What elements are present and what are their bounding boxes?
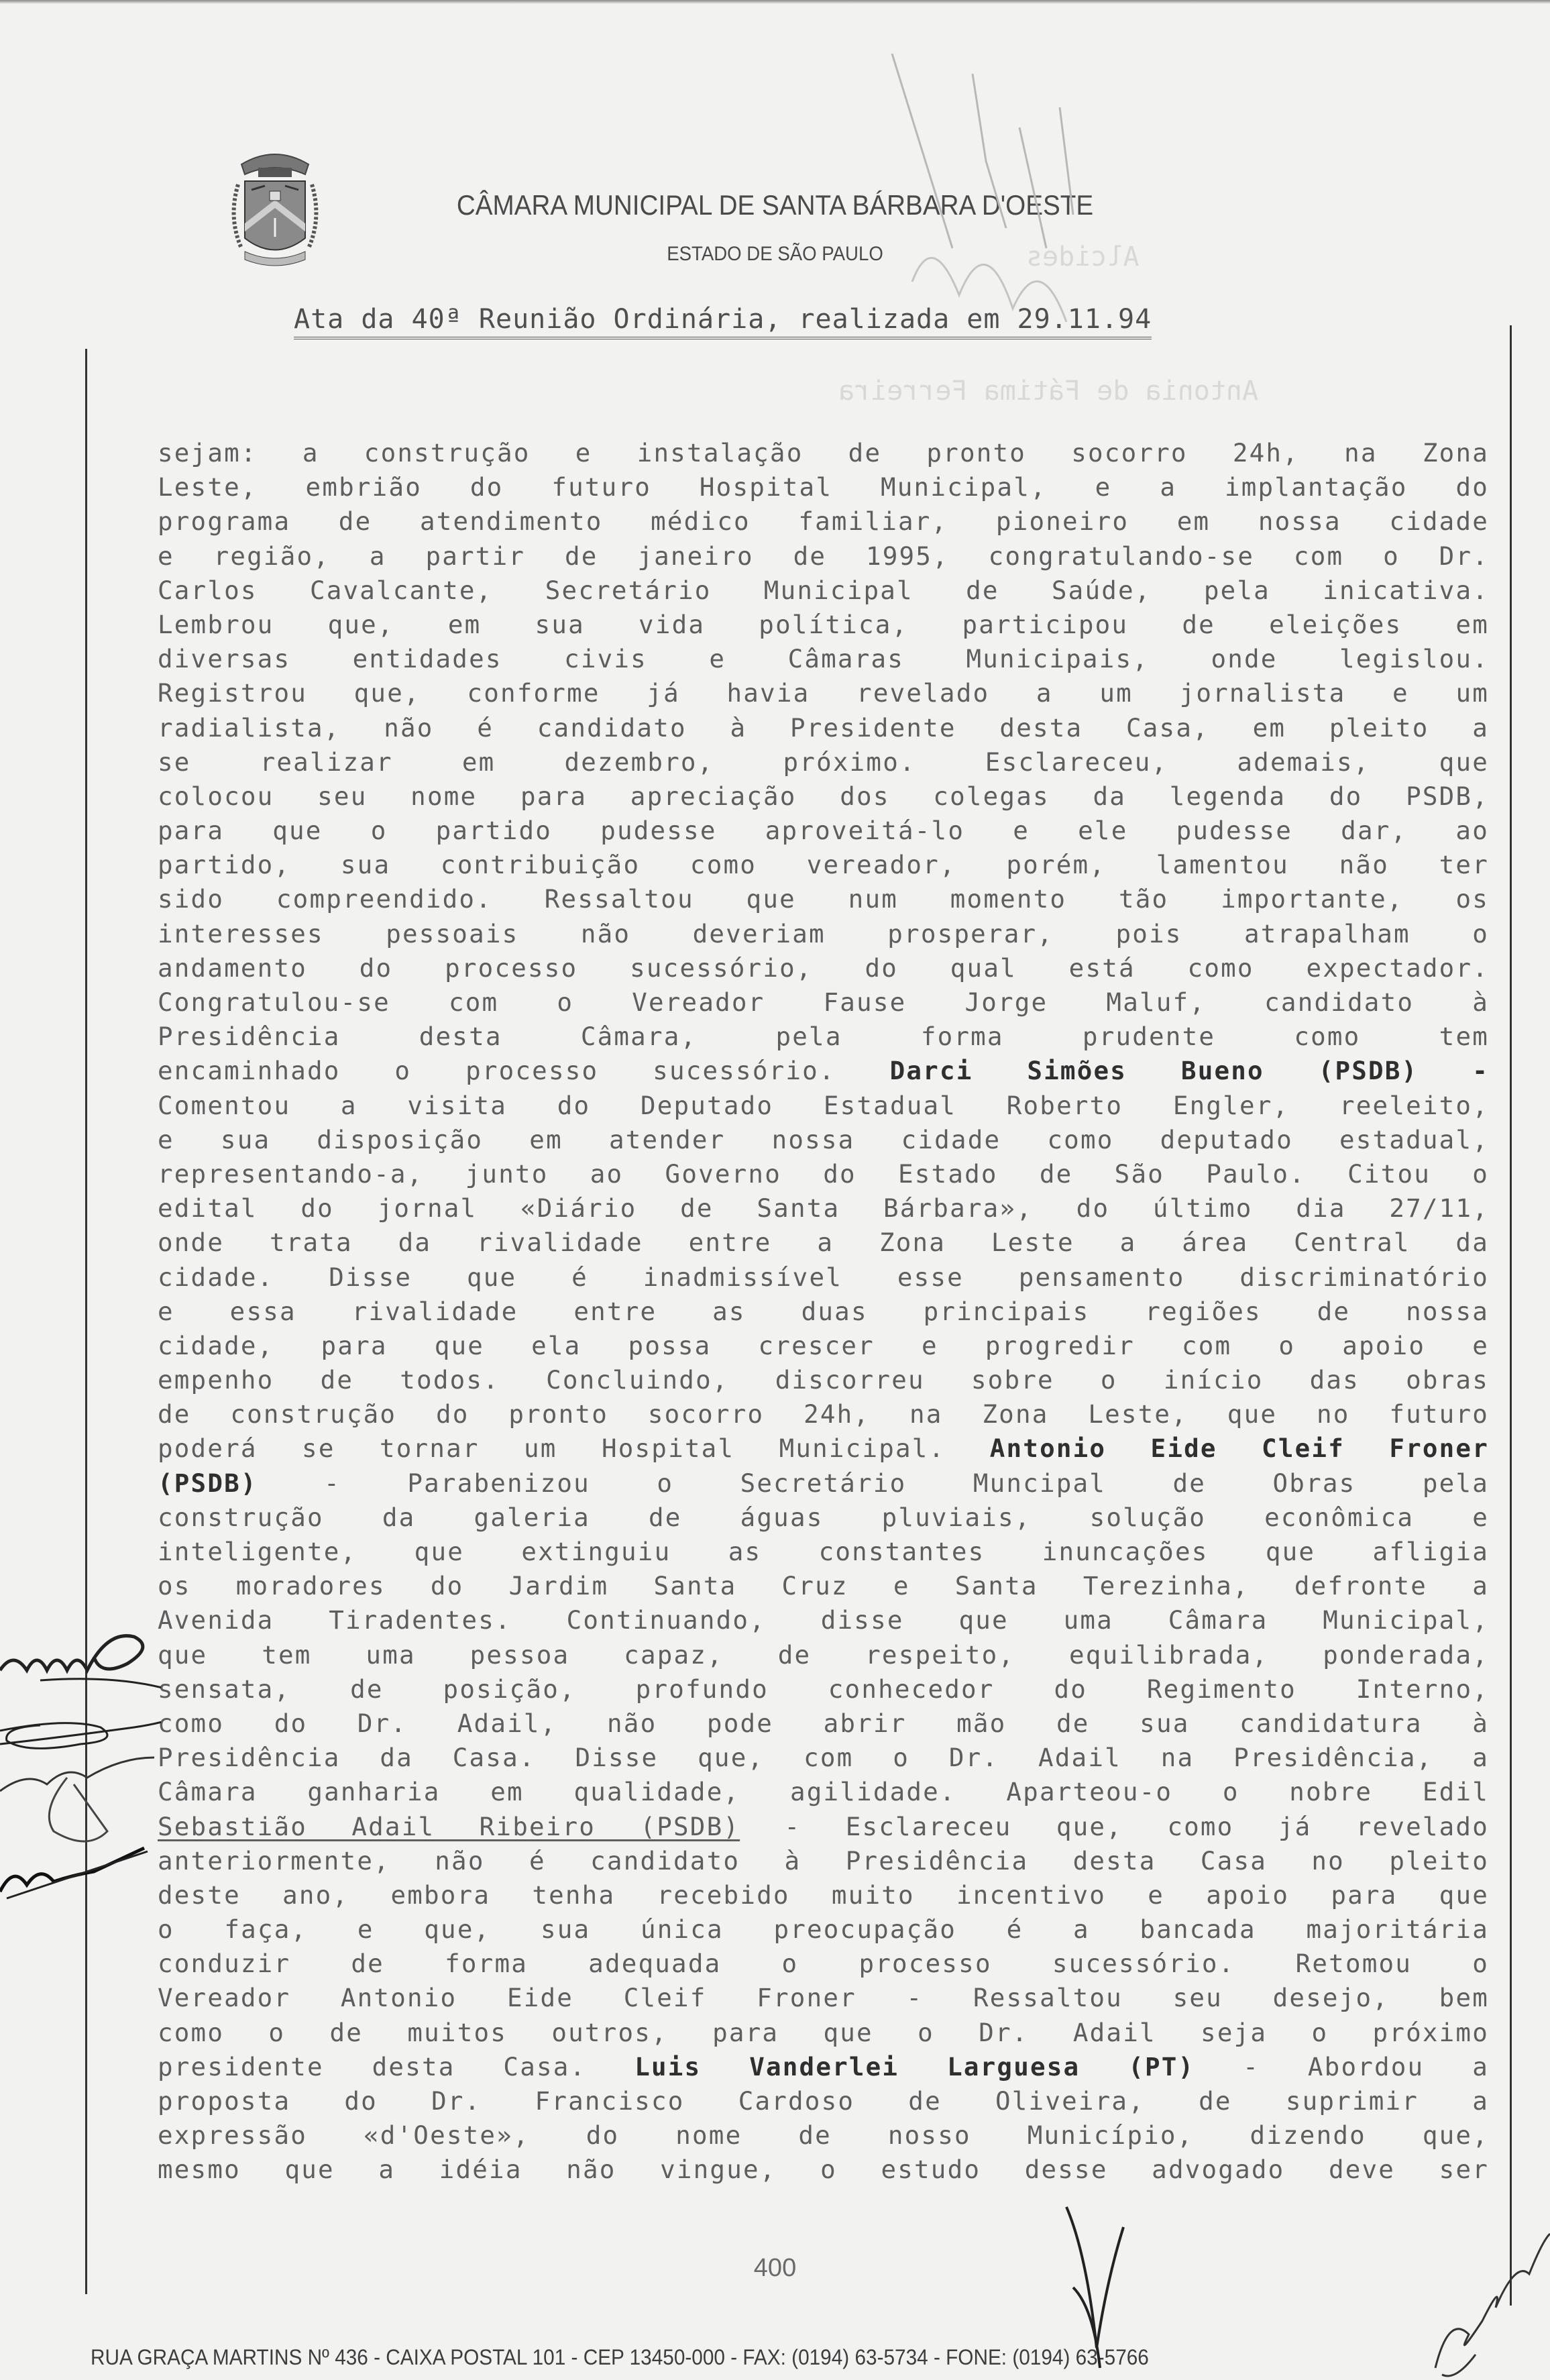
text-line: Avenida Tiradentes. Continuando, disse q… — [158, 1603, 1489, 1637]
text-line: onde trata da rivalidade entre a Zona Le… — [158, 1226, 1489, 1260]
right-margin-rule — [1510, 325, 1512, 2306]
text-line: interesses pessoais não deveriam prosper… — [158, 917, 1489, 951]
text-line: e sua disposição em atender nossa cidade… — [158, 1123, 1489, 1157]
text-line: radialista, não é candidato à Presidente… — [158, 711, 1489, 745]
organization-state: ESTADO DE SÃO PAULO — [62, 243, 1488, 266]
text-line: (PSDB) - Parabenizou o Secretário Muncip… — [158, 1466, 1489, 1501]
text-line: cidade. Disse que é inadmissível esse pe… — [158, 1260, 1489, 1295]
text-line: inteligente, que extinguiu as constantes… — [158, 1535, 1489, 1569]
speaker-name: Antonio Eide Cleif Froner — [990, 1434, 1489, 1463]
text-line: Vereador Antonio Eide Cleif Froner - Res… — [158, 1981, 1489, 2015]
text-line: edital do jornal «Diário de Santa Bárbar… — [158, 1191, 1489, 1226]
text-line: os moradores do Jardim Santa Cruz e Sant… — [158, 1569, 1489, 1603]
text-line: e essa rivalidade entre as duas principa… — [158, 1295, 1489, 1329]
text-line: de construção do pronto socorro 24h, na … — [158, 1397, 1489, 1431]
text-line: mesmo que a idéia não vingue, o estudo d… — [158, 2153, 1489, 2187]
scan-top-edge — [0, 0, 1550, 4]
text-line: proposta do Dr. Francisco Cardoso de Oli… — [158, 2084, 1489, 2118]
text-line: cidade, para que ela possa crescer e pro… — [158, 1329, 1489, 1363]
text-line: construção da galeria de águas pluviais,… — [158, 1501, 1489, 1535]
text-line: sensata, de posição, profundo conhecedor… — [158, 1672, 1489, 1707]
text-line: como o de muitos outros, para que o Dr. … — [158, 2016, 1489, 2050]
footer-address: RUA GRAÇA MARTINS Nº 436 - CAIXA POSTAL … — [91, 2345, 1450, 2370]
text-line: poderá se tornar um Hospital Municipal. … — [158, 1431, 1489, 1466]
text-line: Sebastião Adail Ribeiro (PSDB) - Esclare… — [158, 1810, 1489, 1844]
text-line: colocou seu nome para apreciação dos col… — [158, 779, 1489, 814]
text-line: Comentou a visita do Deputado Estadual R… — [158, 1089, 1489, 1123]
text-line: deste ano, embora tenha recebido muito i… — [158, 1878, 1489, 1912]
text-line: conduzir de forma adequada o processo su… — [158, 1947, 1489, 1981]
speaker-name-underlined: Sebastião Adail Ribeiro (PSDB) — [158, 1812, 740, 1841]
text-line: partido, sua contribuição como vereador,… — [158, 848, 1489, 882]
speaker-name: Darci Simões Bueno (PSDB) - — [890, 1056, 1489, 1085]
bleed-through-text: Antonia de Fátima Ferreira — [838, 376, 1258, 407]
text-line: sejam: a construção e instalação de pron… — [158, 436, 1489, 470]
text-line: Presidência da Casa. Disse que, com o Dr… — [158, 1741, 1489, 1775]
text-line: Câmara ganharia em qualidade, agilidade.… — [158, 1775, 1489, 1809]
left-margin-rule — [85, 349, 87, 2294]
text-line: representando-a, junto ao Governo do Est… — [158, 1157, 1489, 1191]
text-line: expressão «d'Oeste», do nome de nosso Mu… — [158, 2118, 1489, 2153]
text-line: e região, a partir de janeiro de 1995, c… — [158, 539, 1489, 574]
text-line: Carlos Cavalcante, Secretário Municipal … — [158, 574, 1489, 608]
text-line: como do Dr. Adail, não pode abrir mão de… — [158, 1707, 1489, 1741]
text-line: anteriormente, não é candidato à Presidê… — [158, 1844, 1489, 1878]
text-line: empenho de todos. Concluindo, discorreu … — [158, 1363, 1489, 1397]
text-line: se realizar em dezembro, próximo. Esclar… — [158, 745, 1489, 779]
document-title: Ata da 40ª Reunião Ordinária, realizada … — [294, 303, 1152, 339]
signature-left-margin-icon — [0, 1610, 161, 2321]
text-line: programa de atendimento médico familiar,… — [158, 504, 1489, 539]
text-line: andamento do processo sucessório, do qua… — [158, 951, 1489, 985]
text-line: diversas entidades civis e Câmaras Munic… — [158, 642, 1489, 676]
text-line: encaminhado o processo sucessório. Darci… — [158, 1054, 1489, 1088]
text-line: para que o partido pudesse aproveitá-lo … — [158, 814, 1489, 848]
speaker-name: (PSDB) — [158, 1468, 258, 1498]
text-line: presidente desta Casa. Luis Vanderlei La… — [158, 2050, 1489, 2084]
text-line: Congratulou-se com o Vereador Fause Jorg… — [158, 985, 1489, 1020]
organization-name: CÂMARA MUNICIPAL DE SANTA BÁRBARA D'OEST… — [62, 189, 1488, 221]
text-line: Leste, embrião do futuro Hospital Munici… — [158, 470, 1489, 504]
text-line: Presidência desta Câmara, pela forma pru… — [158, 1020, 1489, 1054]
text-line: que tem uma pessoa capaz, de respeito, e… — [158, 1638, 1489, 1672]
text-line: o faça, e que, sua única preocupação é a… — [158, 1912, 1489, 1947]
page-number: 400 — [0, 2254, 1550, 2283]
minutes-body-text: sejam: a construção e instalação de pron… — [158, 436, 1489, 2187]
text-line: Registrou que, conforme já havia revelad… — [158, 676, 1489, 710]
text-line: Lembrou que, em sua vida política, parti… — [158, 608, 1489, 642]
text-line: sido compreendido. Ressaltou que num mom… — [158, 882, 1489, 916]
speaker-name: Luis Vanderlei Larguesa (PT) — [634, 2052, 1195, 2081]
